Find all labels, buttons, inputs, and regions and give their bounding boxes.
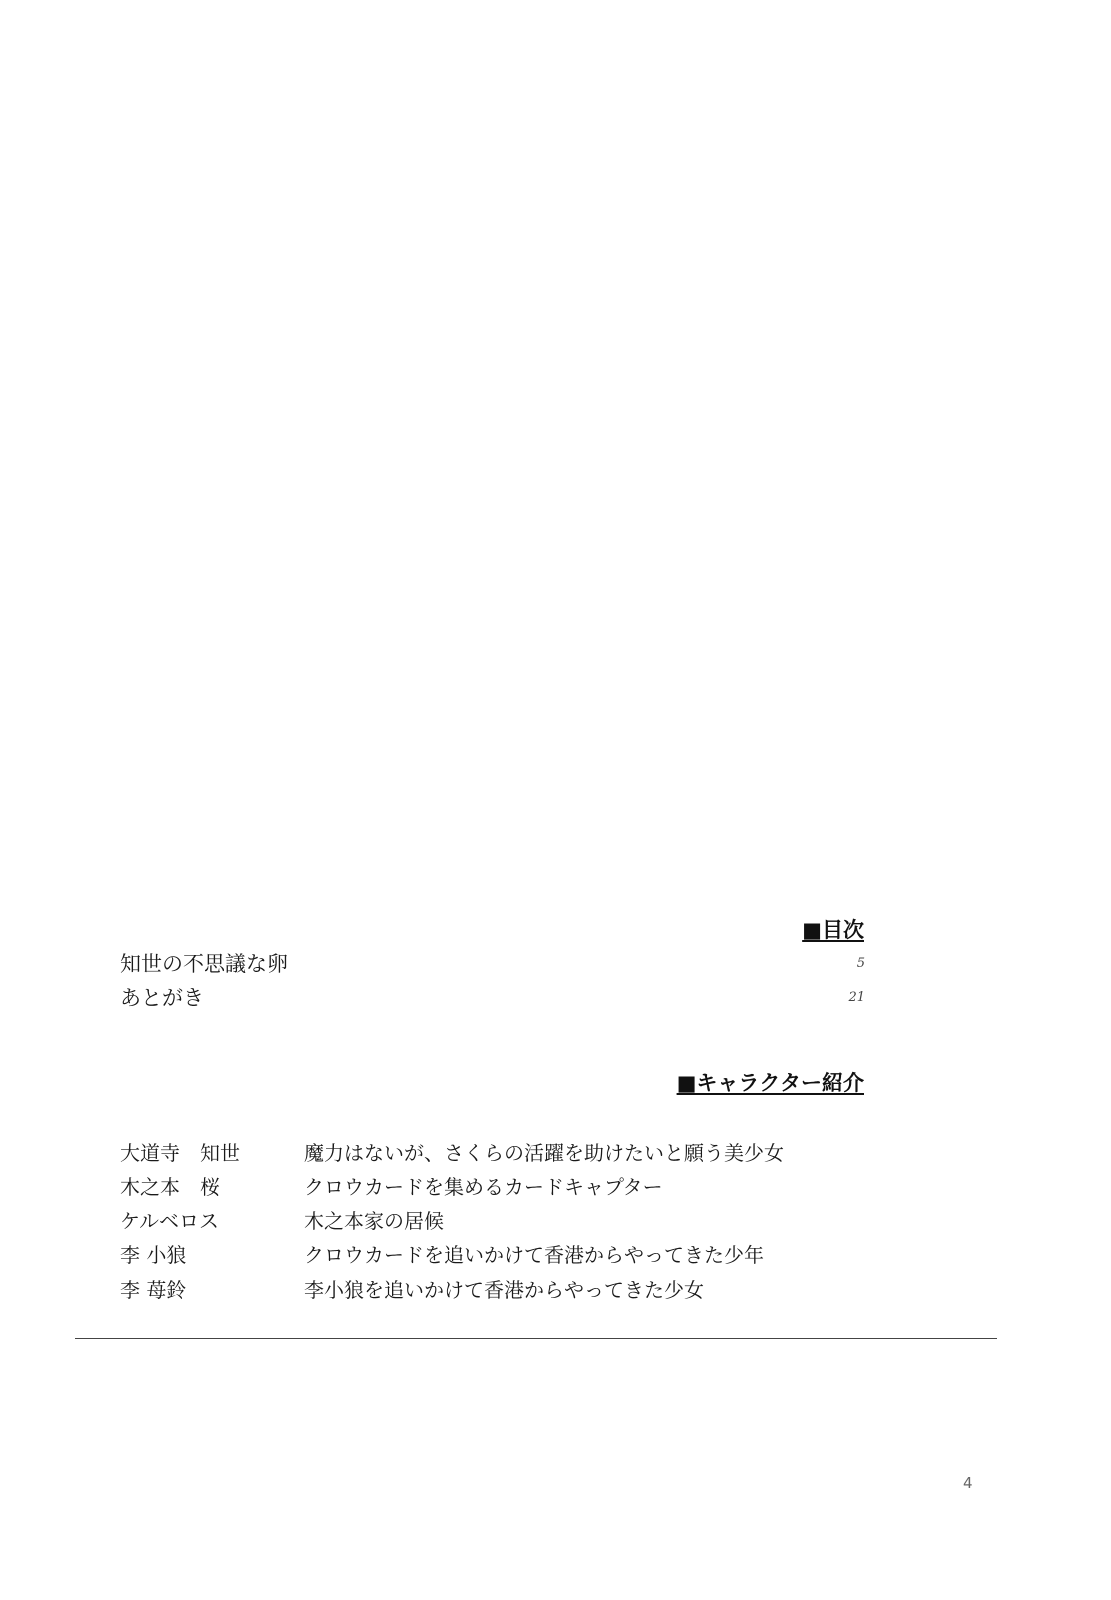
- toc-entry: 知世の不思議な卵 5: [120, 948, 865, 978]
- character-description: クロウカードを追いかけて香港からやってきた少年: [304, 1239, 764, 1268]
- toc-entry: あとがき 21: [120, 982, 865, 1012]
- page-number: 4: [963, 1474, 973, 1492]
- character-name: 李 苺鈴: [120, 1274, 304, 1303]
- character-description: 木之本家の居候: [304, 1205, 444, 1234]
- toc-entry-title: 知世の不思議な卵: [120, 948, 288, 978]
- characters-heading: ■キャラクター紹介: [677, 1067, 864, 1097]
- character-description: 魔力はないが、さくらの活躍を助けたいと願う美少女: [304, 1137, 784, 1166]
- character-description: クロウカードを集めるカードキャプター: [304, 1171, 663, 1200]
- character-description: 李小狼を追いかけて香港からやってきた少女: [304, 1274, 704, 1303]
- toc-heading: ■目次: [802, 914, 864, 944]
- character-row: ケルベロス 木之本家の居候: [120, 1204, 444, 1234]
- character-row: 大道寺 知世 魔力はないが、さくらの活躍を助けたいと願う美少女: [120, 1136, 784, 1166]
- toc-entry-page: 5: [857, 956, 865, 971]
- character-name: ケルベロス: [120, 1205, 304, 1234]
- character-row: 李 苺鈴 李小狼を追いかけて香港からやってきた少女: [120, 1273, 704, 1303]
- toc-entry-title: あとがき: [120, 982, 204, 1012]
- character-name: 大道寺 知世: [120, 1137, 304, 1166]
- toc-entry-page: 21: [848, 990, 865, 1005]
- character-row: 李 小狼 クロウカードを追いかけて香港からやってきた少年: [120, 1238, 764, 1268]
- horizontal-divider: [75, 1338, 997, 1339]
- character-name: 木之本 桜: [120, 1171, 304, 1200]
- character-row: 木之本 桜 クロウカードを集めるカードキャプター: [120, 1170, 663, 1200]
- character-name: 李 小狼: [120, 1239, 304, 1268]
